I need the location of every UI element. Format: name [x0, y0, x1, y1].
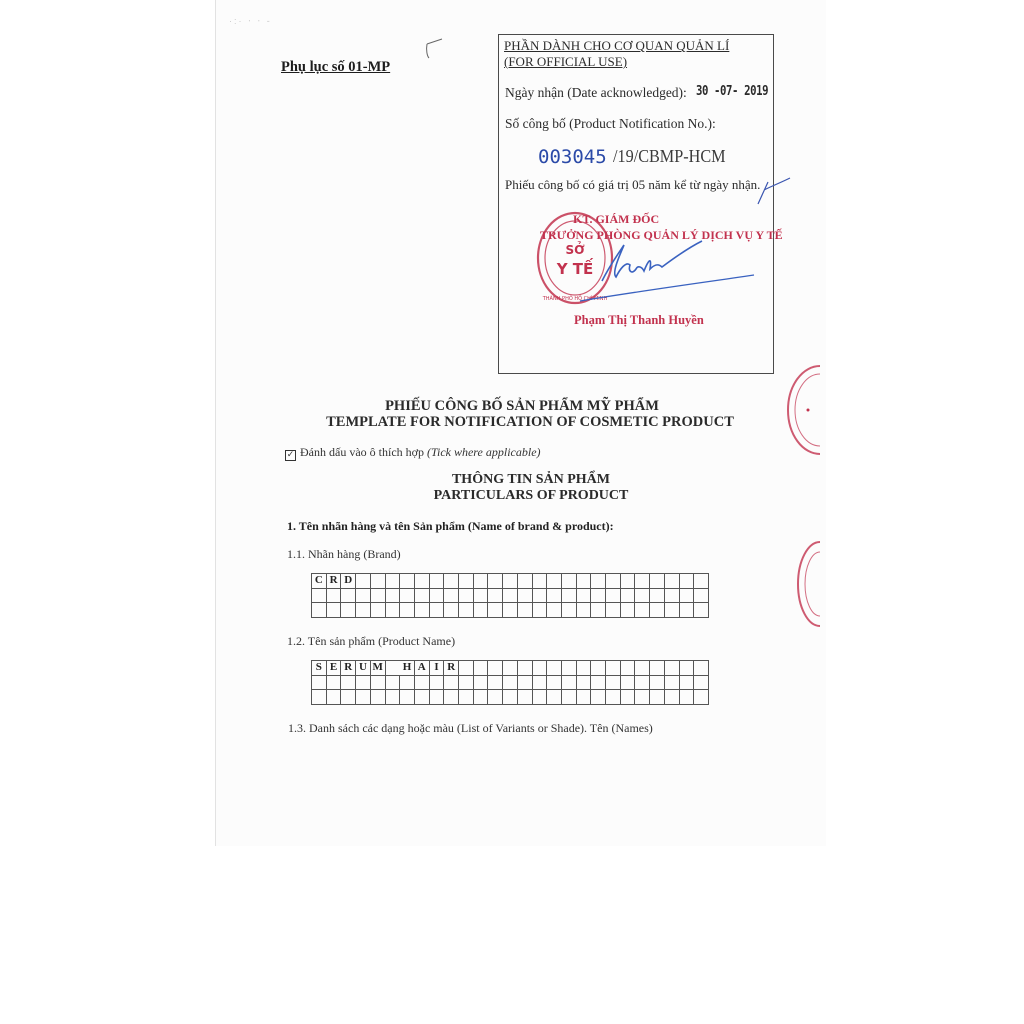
- notification-no-label: Số công bố (Product Notification No.):: [505, 116, 716, 132]
- grid-cell: [473, 603, 488, 618]
- grid-cell: [444, 690, 459, 705]
- grid-cell: [694, 690, 709, 705]
- grid-cell: [400, 675, 415, 690]
- side-stamp-icon: [796, 540, 820, 628]
- grid-cell: [547, 690, 562, 705]
- grid-cell: [561, 574, 576, 589]
- grid-cell: [488, 675, 503, 690]
- grid-cell: [473, 675, 488, 690]
- grid-cell: [370, 675, 385, 690]
- grid-cell: [429, 690, 444, 705]
- brand-character-grid: CRD: [311, 573, 709, 618]
- grid-cell: [679, 603, 694, 618]
- grid-cell: [591, 675, 606, 690]
- validity-note: Phiếu công bố có giá trị 05 năm kể từ ng…: [505, 177, 760, 193]
- grid-cell: [488, 690, 503, 705]
- grid-cell: [517, 574, 532, 589]
- grid-cell: [356, 690, 371, 705]
- grid-cell: [429, 603, 444, 618]
- grid-cell: [679, 588, 694, 603]
- grid-cell: [429, 574, 444, 589]
- form-title-vi: PHIẾU CÔNG BỐ SẢN PHẨM MỸ PHẨM: [0, 398, 1024, 415]
- faint-header-marks: ·:· ‧ ‧ -: [229, 16, 272, 27]
- grid-cell: [473, 588, 488, 603]
- grid-cell: [561, 690, 576, 705]
- grid-cell: [312, 675, 327, 690]
- grid-cell: [400, 574, 415, 589]
- brand-label: 1.1. Nhãn hàng (Brand): [287, 547, 401, 562]
- grid-cell: [664, 690, 679, 705]
- grid-cell: [414, 603, 429, 618]
- grid-cell: [385, 661, 400, 676]
- grid-cell: [576, 574, 591, 589]
- grid-cell: [385, 690, 400, 705]
- grid-cell: [370, 603, 385, 618]
- grid-cell: [356, 588, 371, 603]
- handwritten-check-icon: [424, 38, 444, 60]
- grid-cell: [312, 603, 327, 618]
- grid-cell: [664, 661, 679, 676]
- grid-cell: [576, 675, 591, 690]
- grid-cell: [620, 588, 635, 603]
- grid-cell: [488, 588, 503, 603]
- grid-cell: [532, 603, 547, 618]
- grid-cell: [459, 574, 474, 589]
- grid-cell: R: [341, 661, 356, 676]
- variants-label: 1.3. Danh sách các dạng hoặc màu (List o…: [288, 721, 653, 736]
- grid-cell: [576, 661, 591, 676]
- grid-cell: [473, 690, 488, 705]
- grid-cell: [606, 690, 621, 705]
- grid-cell: [488, 574, 503, 589]
- grid-cell: [532, 675, 547, 690]
- date-acknowledged-label: Ngày nhận (Date acknowledged):: [505, 85, 687, 101]
- grid-cell: [606, 574, 621, 589]
- grid-cell: [326, 690, 341, 705]
- grid-cell: [326, 588, 341, 603]
- grid-cell: [620, 661, 635, 676]
- form-title-en: TEMPLATE FOR NOTIFICATION OF COSMETIC PR…: [0, 414, 1024, 431]
- grid-cell: [414, 675, 429, 690]
- grid-cell: [341, 675, 356, 690]
- grid-cell: [503, 588, 518, 603]
- grid-cell: [561, 661, 576, 676]
- grid-cell: [664, 588, 679, 603]
- grid-cell: [444, 675, 459, 690]
- grid-cell: R: [326, 574, 341, 589]
- official-use-title-vi: PHẦN DÀNH CHO CƠ QUAN QUẢN LÍ: [504, 38, 729, 54]
- grid-cell: [561, 603, 576, 618]
- grid-cell: [650, 588, 665, 603]
- grid-cell: [547, 675, 562, 690]
- grid-cell: [561, 675, 576, 690]
- section-title-vi: THÔNG TIN SẢN PHẨM: [0, 472, 1024, 488]
- grid-cell: [503, 675, 518, 690]
- grid-cell: [650, 574, 665, 589]
- grid-cell: [341, 690, 356, 705]
- grid-cell: [547, 661, 562, 676]
- grid-cell: [664, 603, 679, 618]
- tick-instruction-vi: Đánh dấu vào ô thích hợp: [300, 445, 424, 459]
- grid-cell: [473, 661, 488, 676]
- grid-cell: [620, 675, 635, 690]
- grid-cell: [606, 661, 621, 676]
- official-use-title-en: (FOR OFFICIAL USE): [504, 54, 729, 70]
- grid-cell: [606, 588, 621, 603]
- grid-cell: [650, 603, 665, 618]
- grid-cell: [370, 588, 385, 603]
- grid-cell: A: [414, 661, 429, 676]
- grid-cell: [400, 690, 415, 705]
- grid-cell: [517, 603, 532, 618]
- grid-cell: [694, 675, 709, 690]
- grid-cell: C: [312, 574, 327, 589]
- section-title-en: PARTICULARS OF PRODUCT: [0, 488, 1024, 504]
- grid-cell: [591, 661, 606, 676]
- grid-cell: [488, 603, 503, 618]
- product-name-label: 1.2. Tên sản phẩm (Product Name): [287, 634, 455, 649]
- grid-cell: [370, 574, 385, 589]
- grid-cell: [414, 574, 429, 589]
- grid-cell: D: [341, 574, 356, 589]
- grid-cell: [576, 690, 591, 705]
- grid-cell: [356, 603, 371, 618]
- grid-cell: [414, 690, 429, 705]
- grid-cell: [459, 588, 474, 603]
- grid-cell: [679, 690, 694, 705]
- grid-cell: [650, 690, 665, 705]
- grid-cell: [606, 675, 621, 690]
- grid-cell: [385, 675, 400, 690]
- notification-suffix: /19/CBMP-HCM: [613, 146, 726, 167]
- grid-cell: [532, 690, 547, 705]
- checkbox-icon: ✓: [285, 450, 296, 461]
- grid-cell: [620, 603, 635, 618]
- grid-cell: [635, 661, 650, 676]
- grid-cell: [547, 574, 562, 589]
- grid-cell: [664, 675, 679, 690]
- grid-cell: [385, 574, 400, 589]
- grid-cell: [650, 675, 665, 690]
- grid-cell: [679, 574, 694, 589]
- grid-cell: [694, 603, 709, 618]
- grid-cell: [444, 574, 459, 589]
- grid-cell: [635, 675, 650, 690]
- grid-cell: [591, 588, 606, 603]
- grid-cell: [532, 588, 547, 603]
- official-use-title: PHẦN DÀNH CHO CƠ QUAN QUẢN LÍ (FOR OFFIC…: [504, 38, 729, 70]
- tick-instruction-en: (Tick where applicable): [427, 445, 541, 459]
- appendix-label: Phụ lục số 01-MP: [281, 59, 390, 76]
- grid-cell: [547, 588, 562, 603]
- grid-cell: [517, 690, 532, 705]
- grid-cell: U: [356, 661, 371, 676]
- grid-cell: [620, 574, 635, 589]
- grid-cell: [444, 603, 459, 618]
- grid-cell: [356, 675, 371, 690]
- grid-cell: [532, 574, 547, 589]
- grid-cell: [503, 690, 518, 705]
- grid-cell: [312, 690, 327, 705]
- section-1-heading: 1. Tên nhãn hàng và tên Sản phẩm (Name o…: [287, 519, 614, 534]
- grid-cell: [561, 588, 576, 603]
- grid-cell: [591, 690, 606, 705]
- grid-cell: [459, 603, 474, 618]
- signature-icon: [560, 225, 760, 305]
- grid-cell: [517, 675, 532, 690]
- grid-cell: [547, 603, 562, 618]
- grid-cell: [517, 588, 532, 603]
- grid-cell: [576, 603, 591, 618]
- grid-cell: [532, 661, 547, 676]
- grid-cell: [591, 603, 606, 618]
- notification-number: 003045: [538, 146, 607, 168]
- grid-cell: M: [370, 661, 385, 676]
- grid-cell: [385, 588, 400, 603]
- grid-cell: [370, 690, 385, 705]
- grid-cell: [473, 574, 488, 589]
- grid-cell: [635, 603, 650, 618]
- grid-cell: [400, 588, 415, 603]
- grid-cell: [341, 588, 356, 603]
- grid-cell: [694, 588, 709, 603]
- grid-cell: [356, 574, 371, 589]
- grid-cell: H: [400, 661, 415, 676]
- handwritten-mark-icon: [756, 176, 792, 206]
- grid-cell: [635, 690, 650, 705]
- grid-cell: [312, 588, 327, 603]
- signatory-name: Phạm Thị Thanh Huyền: [574, 313, 704, 328]
- grid-cell: [459, 690, 474, 705]
- grid-cell: E: [326, 661, 341, 676]
- grid-cell: [650, 661, 665, 676]
- grid-cell: [591, 574, 606, 589]
- grid-cell: [694, 661, 709, 676]
- grid-cell: [429, 675, 444, 690]
- grid-cell: [341, 603, 356, 618]
- grid-cell: [503, 661, 518, 676]
- product-name-character-grid: SERUM HAIR: [311, 660, 709, 705]
- grid-cell: [459, 675, 474, 690]
- date-acknowledged-value: 30 -07- 2019: [696, 84, 768, 99]
- grid-cell: [400, 603, 415, 618]
- grid-cell: [679, 661, 694, 676]
- grid-cell: [694, 574, 709, 589]
- grid-cell: [679, 675, 694, 690]
- grid-cell: [503, 603, 518, 618]
- grid-cell: R: [444, 661, 459, 676]
- grid-cell: S: [312, 661, 327, 676]
- grid-cell: [606, 603, 621, 618]
- grid-cell: [444, 588, 459, 603]
- grid-cell: [635, 574, 650, 589]
- grid-cell: [517, 661, 532, 676]
- grid-cell: [459, 661, 474, 676]
- grid-cell: [620, 690, 635, 705]
- grid-cell: [664, 574, 679, 589]
- grid-cell: [326, 675, 341, 690]
- tick-instruction: ✓Đánh dấu vào ô thích hợp (Tick where ap…: [285, 445, 541, 461]
- grid-cell: [503, 574, 518, 589]
- grid-cell: [429, 588, 444, 603]
- grid-cell: [385, 603, 400, 618]
- grid-cell: [414, 588, 429, 603]
- grid-cell: I: [429, 661, 444, 676]
- grid-cell: [635, 588, 650, 603]
- grid-cell: [576, 588, 591, 603]
- grid-cell: [488, 661, 503, 676]
- grid-cell: [326, 603, 341, 618]
